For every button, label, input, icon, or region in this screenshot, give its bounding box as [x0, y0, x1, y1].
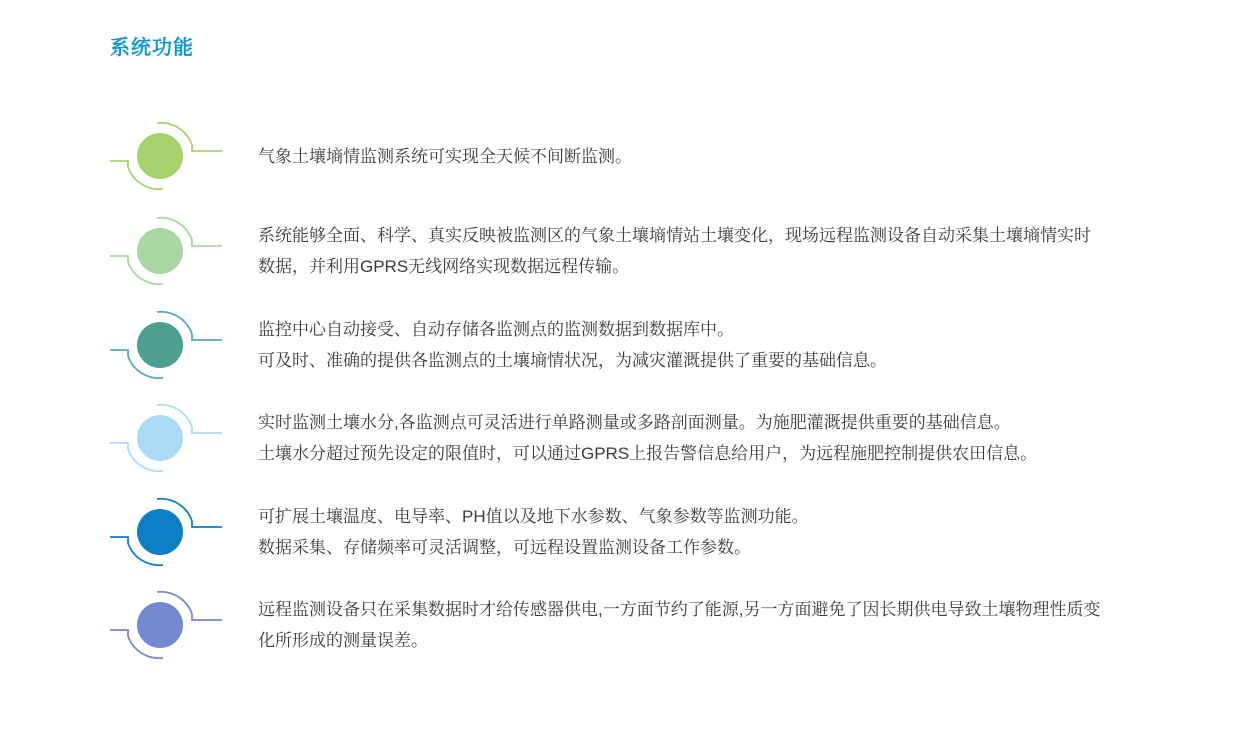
feature-line: 气象土壤墒情监测系统可实现全天候不间断监测。: [258, 141, 632, 172]
feature-line: 可及时、准确的提供各监测点的土壤墒情状况，为减灾灌溉提供了重要的基础信息。: [258, 345, 887, 376]
circle-bullet-icon: [110, 393, 224, 483]
bullet-circle: [137, 228, 183, 274]
feature-item-2: 系统能够全面、科学、真实反映被监测区的气象土壤墒情站土壤变化，现场远程监测设备自…: [110, 206, 1197, 296]
feature-text: 可扩展土壤温度、电导率、PH值以及地下水参数、气象参数等监测功能。 数据采集、存…: [258, 501, 809, 563]
bullet-circle: [137, 602, 183, 648]
feature-line: 监控中心自动接受、自动存储各监测点的监测数据到数据库中。: [258, 314, 887, 345]
feature-text: 实时监测土壤水分,各监测点可灵活进行单路测量或多路剖面测量。为施肥灌溉提供重要的…: [258, 407, 1037, 469]
feature-line: 化所形成的测量误差。: [258, 625, 1100, 656]
feature-line: 系统能够全面、科学、真实反映被监测区的气象土壤墒情站土壤变化，现场远程监测设备自…: [258, 220, 1091, 251]
feature-text: 远程监测设备只在采集数据时才给传感器供电,一方面节约了能源,另一方面避免了因长期…: [258, 594, 1100, 656]
feature-item-4: 实时监测土壤水分,各监测点可灵活进行单路测量或多路剖面测量。为施肥灌溉提供重要的…: [110, 393, 1197, 483]
bullet-circle: [137, 322, 183, 368]
bullet-circle: [137, 415, 183, 461]
circle-bullet-icon: [110, 111, 224, 201]
bullet-circle: [137, 133, 183, 179]
feature-line: 远程监测设备只在采集数据时才给传感器供电,一方面节约了能源,另一方面避免了因长期…: [258, 594, 1100, 625]
feature-text: 系统能够全面、科学、真实反映被监测区的气象土壤墒情站土壤变化，现场远程监测设备自…: [258, 220, 1091, 282]
feature-item-3: 监控中心自动接受、自动存储各监测点的监测数据到数据库中。 可及时、准确的提供各监…: [110, 300, 1197, 390]
feature-line: 实时监测土壤水分,各监测点可灵活进行单路测量或多路剖面测量。为施肥灌溉提供重要的…: [258, 407, 1037, 438]
feature-text: 监控中心自动接受、自动存储各监测点的监测数据到数据库中。 可及时、准确的提供各监…: [258, 314, 887, 376]
circle-bullet-icon: [110, 300, 224, 390]
feature-line: 数据，并利用GPRS无线网络实现数据远程传输。: [258, 251, 1091, 282]
circle-bullet-icon: [110, 487, 224, 577]
page: 系统功能 气象土壤墒情监测系统可实现全天候不间断监测。 系统能够全面、科学、真实…: [0, 0, 1237, 750]
feature-text: 气象土壤墒情监测系统可实现全天候不间断监测。: [258, 141, 632, 172]
feature-line: 可扩展土壤温度、电导率、PH值以及地下水参数、气象参数等监测功能。: [258, 501, 809, 532]
feature-line: 土壤水分超过预先设定的限值时，可以通过GPRS上报告警信息给用户，为远程施肥控制…: [258, 438, 1037, 469]
feature-line: 数据采集、存储频率可灵活调整，可远程设置监测设备工作参数。: [258, 532, 809, 563]
bullet-circle: [137, 509, 183, 555]
circle-bullet-icon: [110, 206, 224, 296]
feature-item-6: 远程监测设备只在采集数据时才给传感器供电,一方面节约了能源,另一方面避免了因长期…: [110, 580, 1197, 670]
circle-bullet-icon: [110, 580, 224, 670]
page-title: 系统功能: [110, 31, 194, 60]
feature-item-1: 气象土壤墒情监测系统可实现全天候不间断监测。: [110, 111, 1197, 201]
feature-item-5: 可扩展土壤温度、电导率、PH值以及地下水参数、气象参数等监测功能。 数据采集、存…: [110, 487, 1197, 577]
